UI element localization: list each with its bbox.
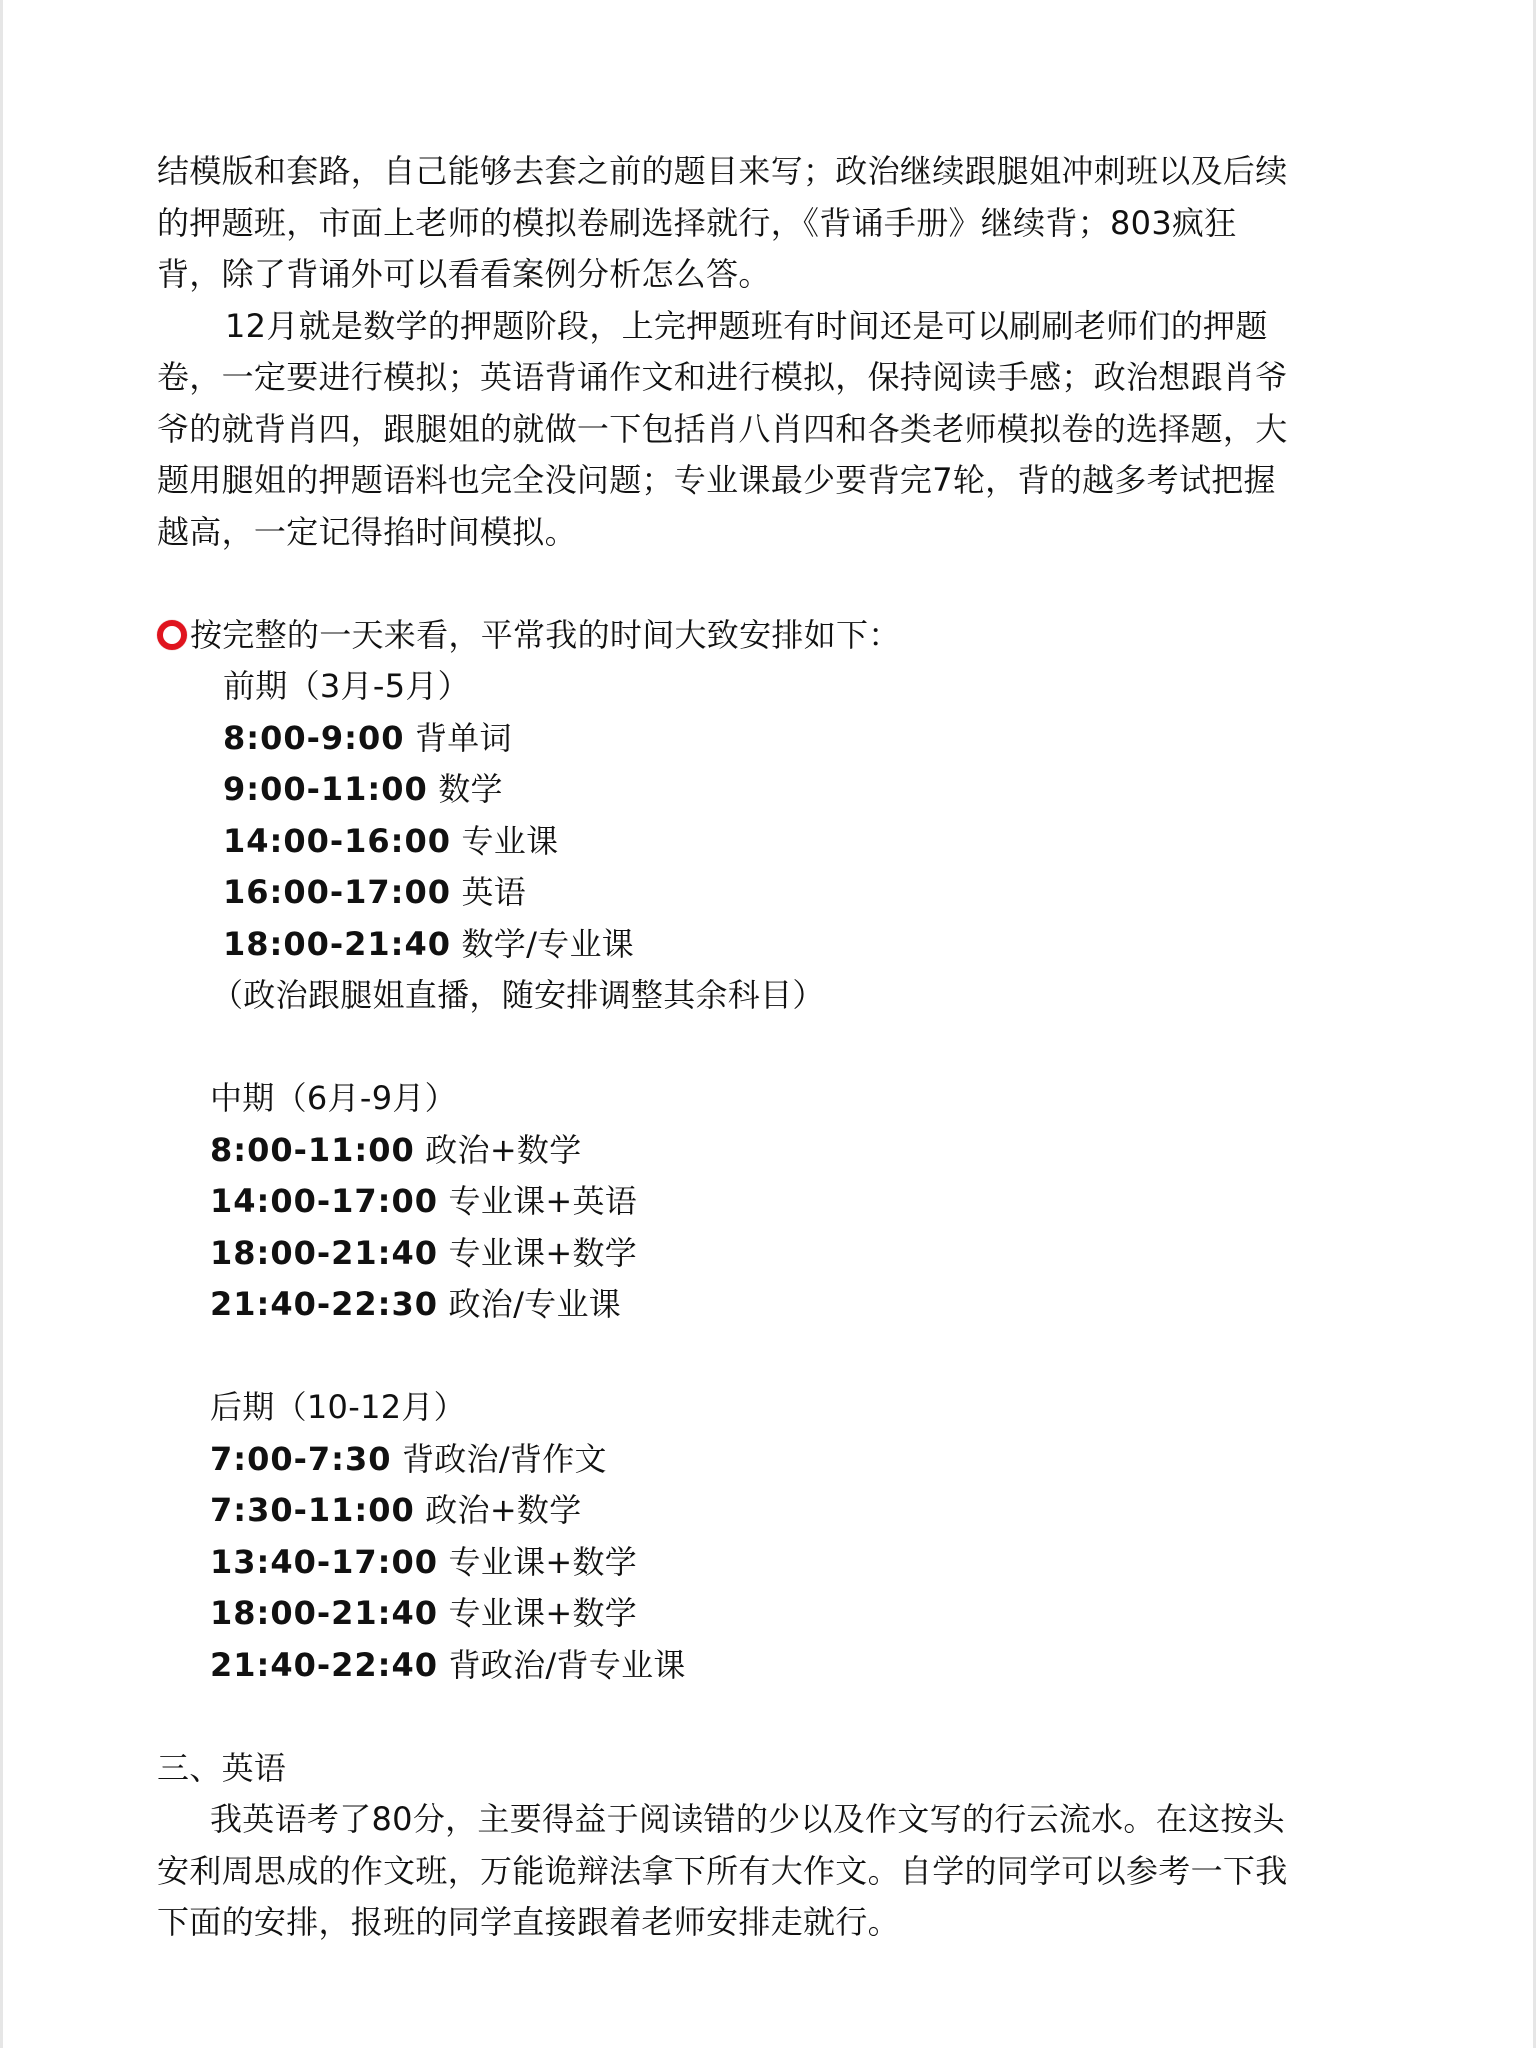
text-line: 安利周思成的作文班，万能诡辩法拿下所有大作文。自学的同学可以参考一下我 [157, 1846, 1387, 1898]
schedule-item: 21:40-22:30 政治/专业课 [210, 1279, 1387, 1331]
schedule-item: 8:00-9:00 背单词 [223, 713, 1387, 765]
time-range: 18:00-21:40 [210, 1234, 438, 1272]
time-range: 14:00-16:00 [223, 822, 451, 860]
section-english: 三、英语 我英语考了80分，主要得益于阅读错的少以及作文写的行云流水。在这按头 … [157, 1743, 1387, 1949]
schedule-item: 21:40-22:40 背政治/背专业课 [210, 1640, 1387, 1692]
time-range: 14:00-17:00 [210, 1182, 438, 1220]
blank-line [157, 1331, 1387, 1383]
task: 政治+数学 [425, 1131, 581, 1169]
schedule-heading-text: 按完整的一天来看，平常我的时间大致安排如下： [190, 610, 901, 662]
task: 背单词 [415, 719, 512, 757]
schedule-item: 18:00-21:40 数学/专业课 [223, 919, 1387, 971]
task: 背政治/背专业课 [448, 1646, 685, 1684]
text-line: 我英语考了80分，主要得益于阅读错的少以及作文写的行云流水。在这按头 [157, 1794, 1387, 1846]
schedule-phase-late: 后期（10-12月） 7:00-7:30 背政治/背作文 7:30-11:00 … [157, 1382, 1387, 1691]
task: 英语 [461, 873, 526, 911]
schedule-item: 18:00-21:40 专业课+数学 [210, 1588, 1387, 1640]
schedule-item: 14:00-17:00 专业课+英语 [210, 1176, 1387, 1228]
text-line: 12月就是数学的押题阶段，上完押题班有时间还是可以刷刷老师们的押题 [157, 301, 1387, 353]
schedule-item: 9:00-11:00 数学 [223, 764, 1387, 816]
task: 数学 [438, 770, 503, 808]
section-heading: 三、英语 [157, 1743, 1387, 1795]
text-line: 越高，一定记得掐时间模拟。 [157, 507, 1387, 559]
time-range: 9:00-11:00 [223, 770, 428, 808]
time-range: 8:00-9:00 [223, 719, 404, 757]
phase-title: 中期（6月-9月） [210, 1073, 1387, 1125]
schedule-phase-middle: 中期（6月-9月） 8:00-11:00 政治+数学 14:00-17:00 专… [157, 1073, 1387, 1331]
task: 专业课 [461, 822, 558, 860]
schedule-item: 13:40-17:00 专业课+数学 [210, 1537, 1387, 1589]
page-edge-left [0, 0, 3, 2048]
text-line: 卷，一定要进行模拟；英语背诵作文和进行模拟，保持阅读手感；政治想跟肖爷 [157, 352, 1387, 404]
task: 专业课+数学 [448, 1234, 637, 1272]
phase-title: 前期（3月-5月） [223, 661, 1387, 713]
text-line: 题用腿姐的押题语料也完全没问题；专业课最少要背完7轮，背的越多考试把握 [157, 455, 1387, 507]
schedule-item: 14:00-16:00 专业课 [223, 816, 1387, 868]
time-range: 21:40-22:40 [210, 1646, 438, 1684]
schedule-item: 16:00-17:00 英语 [223, 867, 1387, 919]
blank-line [157, 1022, 1387, 1074]
paragraph-december-plan: 12月就是数学的押题阶段，上完押题班有时间还是可以刷刷老师们的押题 卷，一定要进… [157, 301, 1387, 559]
task: 政治+数学 [425, 1491, 581, 1529]
document-body: 结模版和套路，自己能够去套之前的题目来写；政治继续跟腿姐冲刺班以及后续 的押题班… [157, 146, 1387, 1949]
phase-title: 后期（10-12月） [210, 1382, 1387, 1434]
task: 数学/专业课 [461, 925, 634, 963]
task: 政治/专业课 [448, 1285, 621, 1323]
time-range: 16:00-17:00 [223, 873, 451, 911]
time-range: 18:00-21:40 [223, 925, 451, 963]
schedule-heading: 按完整的一天来看，平常我的时间大致安排如下： [157, 610, 1387, 662]
time-range: 8:00-11:00 [210, 1131, 415, 1169]
schedule-item: 8:00-11:00 政治+数学 [210, 1125, 1387, 1177]
paragraph-politics-review: 结模版和套路，自己能够去套之前的题目来写；政治继续跟腿姐冲刺班以及后续 的押题班… [157, 146, 1387, 301]
time-range: 21:40-22:30 [210, 1285, 438, 1323]
time-range: 13:40-17:00 [210, 1543, 438, 1581]
schedule-item: 18:00-21:40 专业课+数学 [210, 1228, 1387, 1280]
schedule-phase-early: 前期（3月-5月） 8:00-9:00 背单词 9:00-11:00 数学 14… [157, 661, 1387, 1022]
schedule-item: 7:00-7:30 背政治/背作文 [210, 1434, 1387, 1486]
text-line: 爷的就背肖四，跟腿姐的就做一下包括肖八肖四和各类老师模拟卷的选择题，大 [157, 404, 1387, 456]
blank-line [157, 558, 1387, 610]
time-range: 18:00-21:40 [210, 1594, 438, 1632]
red-circle-icon [157, 620, 187, 650]
task: 专业课+数学 [448, 1594, 637, 1632]
text-line: 的押题班，市面上老师的模拟卷刷选择就行，《背诵手册》继续背；803疯狂 [157, 198, 1387, 250]
blank-line [157, 1691, 1387, 1743]
task: 专业课+数学 [448, 1543, 637, 1581]
time-range: 7:00-7:30 [210, 1440, 391, 1478]
text-line: 背，除了背诵外可以看看案例分析怎么答。 [157, 249, 1387, 301]
task: 专业课+英语 [448, 1182, 637, 1220]
phase-note: （政治跟腿姐直播，随安排调整其余科目） [211, 970, 1387, 1022]
text-line: 下面的安排，报班的同学直接跟着老师安排走就行。 [157, 1897, 1387, 1949]
schedule-item: 7:30-11:00 政治+数学 [210, 1485, 1387, 1537]
task: 背政治/背作文 [402, 1440, 607, 1478]
text-line: 结模版和套路，自己能够去套之前的题目来写；政治继续跟腿姐冲刺班以及后续 [157, 146, 1387, 198]
time-range: 7:30-11:00 [210, 1491, 415, 1529]
